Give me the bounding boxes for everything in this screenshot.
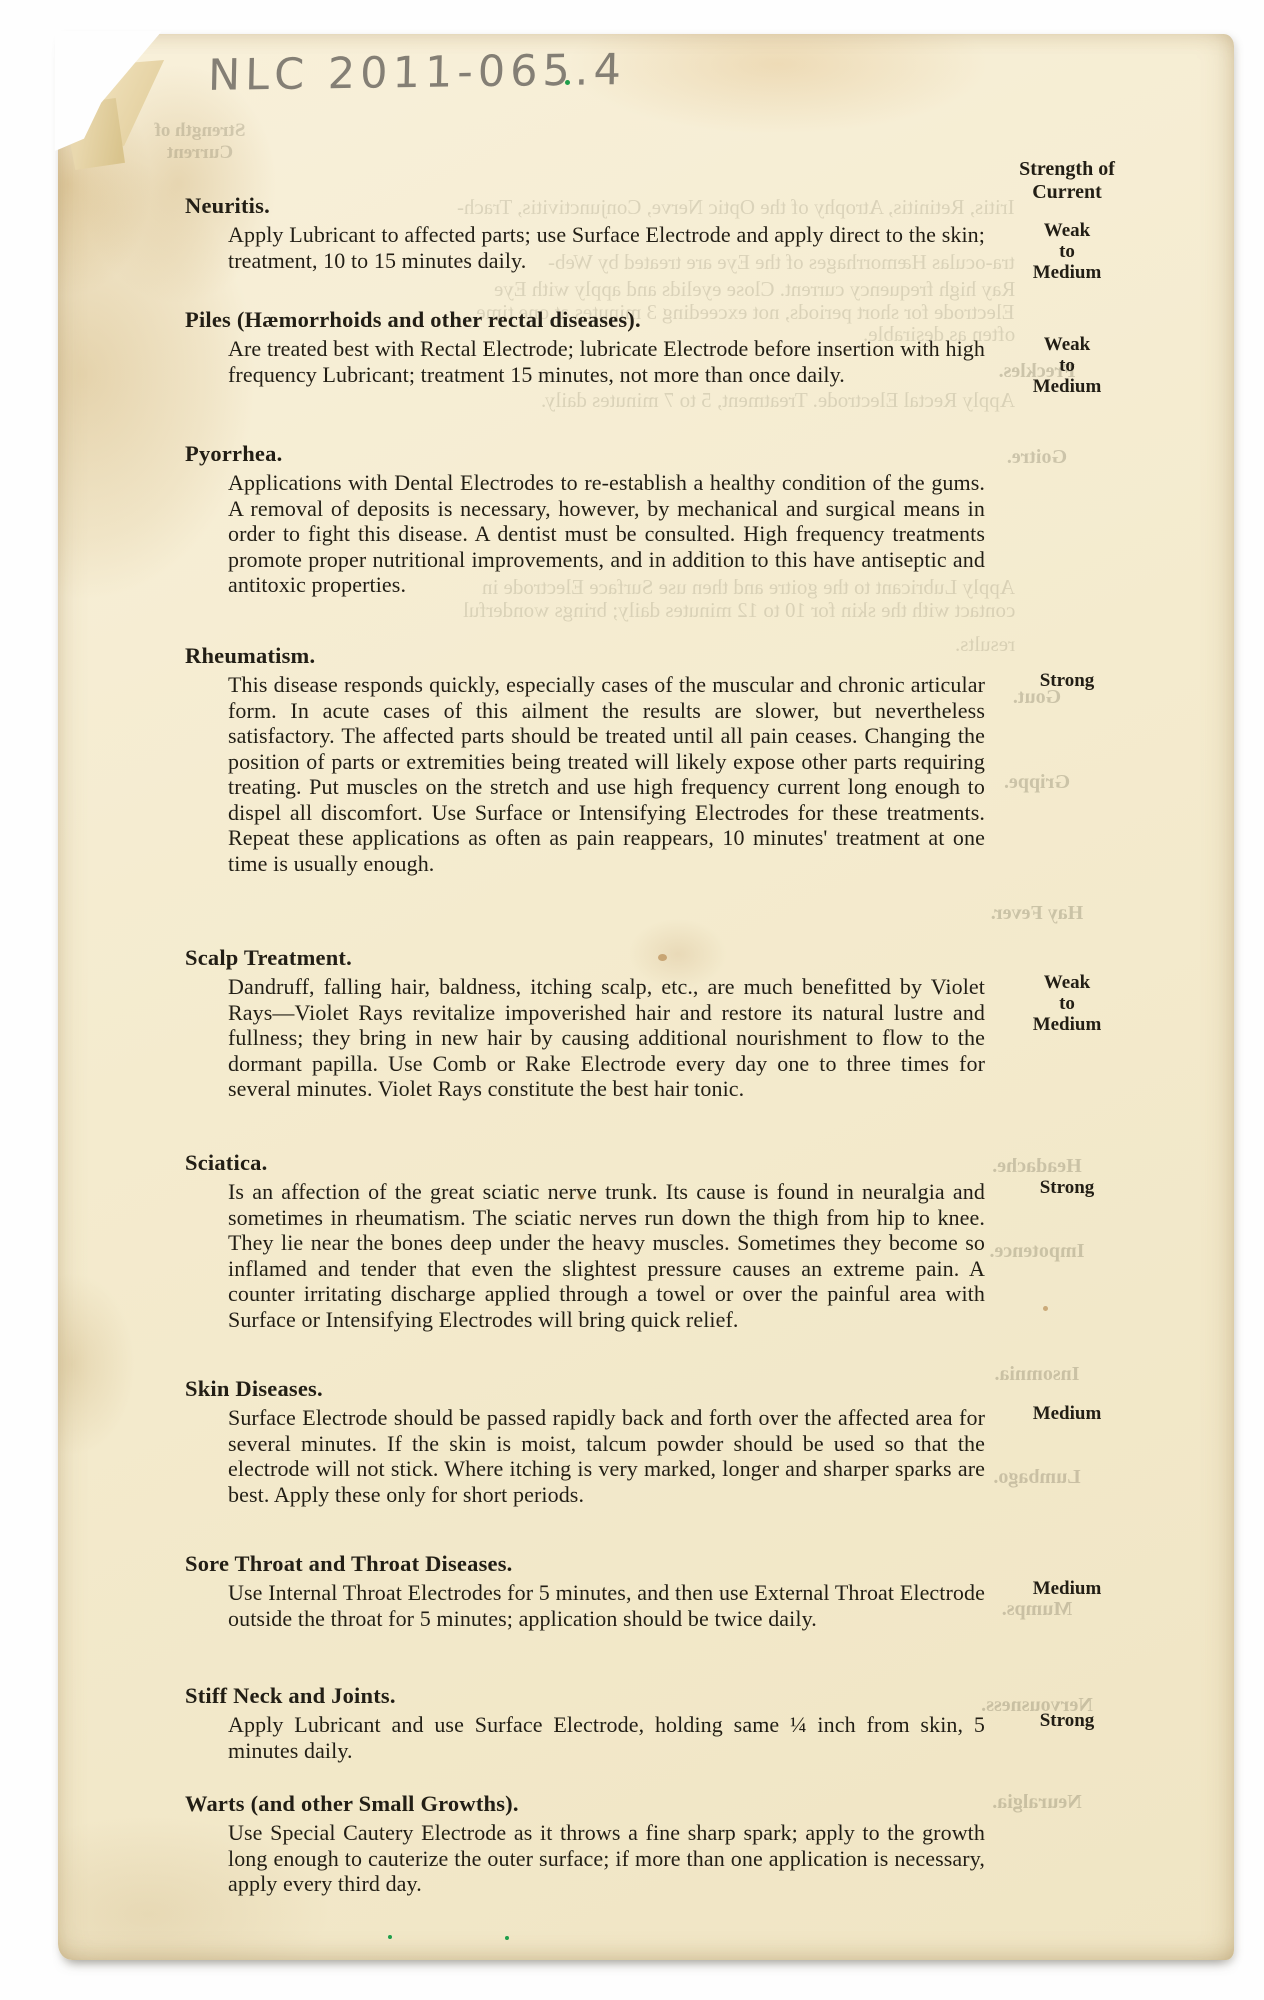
- ailment-title: Scalp Treatment.: [185, 945, 1105, 971]
- bleedthrough-text-line: contact with the skin for 10 to 12 minut…: [463, 598, 1015, 623]
- strength-label: Strong: [987, 1177, 1147, 1198]
- ailment-title: Rheumatism.: [185, 643, 1105, 669]
- ailment-body: Applications with Dental Electrodes to r…: [228, 470, 985, 598]
- green-speck: [505, 1936, 509, 1940]
- strength-header-line1: Strength of: [1019, 158, 1115, 181]
- ailment-title: Sciatica.: [185, 1150, 1105, 1176]
- rust-speck: [658, 954, 667, 961]
- ailment-title: Neuritis.: [185, 193, 1105, 219]
- ailment-section: Sciatica. Is an affection of the great s…: [185, 1150, 1105, 1332]
- ailment-body: Dandruff, falling hair, baldness, itchin…: [228, 974, 985, 1102]
- green-speck: [565, 80, 570, 85]
- ailment-body: Apply Lubricant to affected parts; use S…: [228, 222, 985, 273]
- ailment-section: Warts (and other Small Growths). Use Spe…: [185, 1791, 1105, 1897]
- ailment-section: Rheumatism. This disease responds quickl…: [185, 643, 1105, 876]
- strength-label: Medium: [987, 1578, 1147, 1599]
- strength-label: Strong: [987, 670, 1147, 691]
- ailment-body: Use Special Cautery Electrode as it thro…: [228, 1820, 985, 1897]
- bleedthrough-column-header: Strength of Current: [155, 120, 246, 164]
- strength-label: Strong: [987, 1710, 1147, 1731]
- bleedthrough-heading: Hay Fever.: [991, 902, 1084, 925]
- ailment-body: Are treated best with Rectal Electrode; …: [228, 336, 985, 387]
- strength-label: WeaktoMedium: [987, 334, 1147, 397]
- ailment-section: Piles (Hæmorrhoids and other rectal dise…: [185, 307, 1105, 387]
- rust-speck: [578, 1194, 584, 1200]
- ailment-body: Apply Lubricant and use Surface Electrod…: [228, 1712, 985, 1763]
- ailment-section: Pyorrhea. Applications with Dental Elect…: [185, 441, 1105, 598]
- bleedthrough-text-line: Apply Rectal Electrode. Treatment, 5 to …: [541, 388, 1015, 413]
- ailment-title: Stiff Neck and Joints.: [185, 1683, 1105, 1709]
- ailment-section: Stiff Neck and Joints. Apply Lubricant a…: [185, 1683, 1105, 1763]
- ailment-body: This disease responds quickly, especiall…: [228, 672, 985, 876]
- rust-speck: [1043, 1306, 1048, 1311]
- bleedthrough-text-line: Ray high frequency current. Close eyelid…: [494, 277, 1015, 302]
- green-speck: [388, 1935, 392, 1939]
- ailment-body: Is an affection of the great sciatic ner…: [228, 1179, 985, 1332]
- catalog-number-handwritten: NLC 2011-065.4: [207, 45, 626, 101]
- ailment-body: Surface Electrode should be passed rapid…: [228, 1405, 985, 1507]
- ailment-title: Piles (Hæmorrhoids and other rectal dise…: [185, 307, 1105, 333]
- ailment-title: Sore Throat and Throat Diseases.: [185, 1551, 1105, 1577]
- strength-label: WeaktoMedium: [987, 972, 1147, 1035]
- ailment-section: Sore Throat and Throat Diseases. Use Int…: [185, 1551, 1105, 1631]
- ailment-title: Skin Diseases.: [185, 1376, 1105, 1402]
- ailment-title: Warts (and other Small Growths).: [185, 1791, 1105, 1817]
- strength-label: Medium: [987, 1403, 1147, 1424]
- ailment-body: Use Internal Throat Electrodes for 5 min…: [228, 1580, 985, 1631]
- ailment-section: Skin Diseases. Surface Electrode should …: [185, 1376, 1105, 1507]
- strength-label: WeaktoMedium: [987, 220, 1147, 283]
- ailment-section: Scalp Treatment. Dandruff, falling hair,…: [185, 945, 1105, 1102]
- scanned-document: Strength of Current Freckles.Goitre.Gout…: [0, 0, 1264, 2000]
- document-page: Strength of Current Freckles.Goitre.Gout…: [58, 34, 1234, 1960]
- ailment-section: Neuritis. Apply Lubricant to affected pa…: [185, 193, 1105, 273]
- ailment-title: Pyorrhea.: [185, 441, 1105, 467]
